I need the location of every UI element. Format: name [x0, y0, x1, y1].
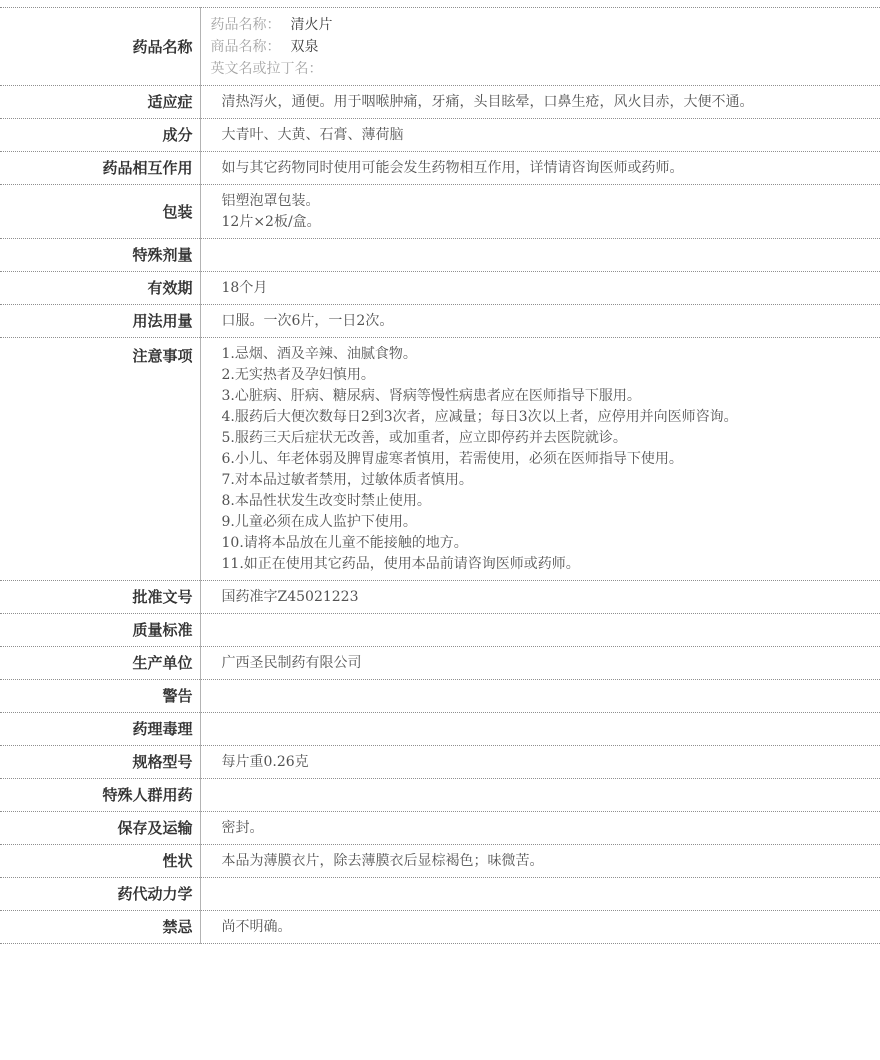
table-row-indications: 适应症 清热泻火，通便。用于咽喉肿痛，牙痛，头目眩晕，口鼻生疮，风火目赤，大便不…: [0, 86, 880, 119]
value-line: 8.本品性状发生改变时禁止使用。: [222, 491, 867, 512]
row-value: [200, 713, 880, 746]
table-row-precautions: 注意事项 1.忌烟、酒及辛辣、油腻食物。2.无实热者及孕妇慎用。3.心脏病、肝病…: [0, 338, 880, 581]
value-line: 2.无实热者及孕妇慎用。: [222, 365, 867, 386]
value-line: 4.服药后大便次数每日2到3次者，应减量；每日3次以上者，应停用并向医师咨询。: [222, 407, 867, 428]
value-line: 7.对本品过敏者禁用，过敏体质者慎用。: [222, 470, 867, 491]
row-label: 特殊人群用药: [0, 779, 200, 812]
value-text: 每片重0.26克: [222, 752, 867, 773]
field-value: 双泉: [291, 39, 319, 55]
table-row-special-dosage: 特殊剂量: [0, 239, 880, 272]
value-line: 10.请将本品放在儿童不能接触的地方。: [222, 533, 867, 554]
name-field-line: 药品名称：清火片: [211, 14, 867, 36]
value-text: 尚不明确。: [222, 917, 867, 938]
field-label: 英文名或拉丁名：: [211, 61, 323, 77]
value-line: 9.儿童必须在成人监护下使用。: [222, 512, 867, 533]
table-row-manufacturer: 生产单位 广西圣民制药有限公司: [0, 647, 880, 680]
value-text: 18个月: [222, 278, 867, 299]
row-label: 特殊剂量: [0, 239, 200, 272]
row-value: 尚不明确。: [200, 911, 880, 944]
value-text: 国药准字Z45021223: [222, 587, 867, 608]
table-row-specification: 规格型号 每片重0.26克: [0, 746, 880, 779]
row-label: 药代动力学: [0, 878, 200, 911]
value-line: 5.服药三天后症状无改善，或加重者，应立即停药并去医院就诊。: [222, 428, 867, 449]
row-value: [200, 614, 880, 647]
value-text: 广西圣民制药有限公司: [222, 653, 867, 674]
value-line: 铝塑泡罩包装。: [222, 191, 867, 212]
name-field-line: 商品名称：双泉: [211, 36, 867, 58]
row-label: 禁忌: [0, 911, 200, 944]
value-text: [222, 245, 867, 266]
row-label: 包装: [0, 185, 200, 239]
value-line: 6.小儿、年老体弱及脾胃虚寒者慎用，若需使用，必须在医师指导下使用。: [222, 449, 867, 470]
value-line: 3.心脏病、肝病、糖尿病、肾病等慢性病患者应在医师指导下服用。: [222, 386, 867, 407]
row-value: 1.忌烟、酒及辛辣、油腻食物。2.无实热者及孕妇慎用。3.心脏病、肝病、糖尿病、…: [200, 338, 880, 581]
value-line: 12片×2板/盒。: [222, 212, 867, 233]
table-row-storage: 保存及运输 密封。: [0, 812, 880, 845]
value-text: 密封。: [222, 818, 867, 839]
value-text: [222, 785, 867, 806]
row-value: 广西圣民制药有限公司: [200, 647, 880, 680]
table-row-drug-interactions: 药品相互作用 如与其它药物同时使用可能会发生药物相互作用，详情请咨询医师或药师。: [0, 152, 880, 185]
row-label: 成分: [0, 119, 200, 152]
table-row-ingredients: 成分 大青叶、大黄、石膏、薄荷脑: [0, 119, 880, 152]
field-label: 药品名称：: [211, 17, 281, 33]
field-value: 清火片: [291, 17, 333, 33]
drug-info-table: 药品名称 药品名称：清火片商品名称：双泉英文名或拉丁名： 适应症 清热泻火，通便…: [0, 7, 880, 944]
row-value: 密封。: [200, 812, 880, 845]
row-label: 药品相互作用: [0, 152, 200, 185]
row-value: [200, 680, 880, 713]
row-label: 生产单位: [0, 647, 200, 680]
value-text: [222, 719, 867, 740]
value-text: 本品为薄膜衣片，除去薄膜衣后显棕褐色；味微苦。: [222, 851, 867, 872]
value-text: 清热泻火，通便。用于咽喉肿痛，牙痛，头目眩晕，口鼻生疮，风火目赤，大便不通。: [222, 92, 867, 113]
table-row-properties: 性状 本品为薄膜衣片，除去薄膜衣后显棕褐色；味微苦。: [0, 845, 880, 878]
table-row-drug-name: 药品名称 药品名称：清火片商品名称：双泉英文名或拉丁名：: [0, 8, 880, 86]
value-text: 如与其它药物同时使用可能会发生药物相互作用，详情请咨询医师或药师。: [222, 158, 867, 179]
row-value: 每片重0.26克: [200, 746, 880, 779]
table-row-contraindications: 禁忌 尚不明确。: [0, 911, 880, 944]
row-value: [200, 878, 880, 911]
table-row-quality-standard: 质量标准: [0, 614, 880, 647]
value-text: 口服。一次6片，一日2次。: [222, 311, 867, 332]
row-value: [200, 779, 880, 812]
value-line: 11.如正在使用其它药品，使用本品前请咨询医师或药师。: [222, 554, 867, 575]
table-row-pharmacology-toxicology: 药理毒理: [0, 713, 880, 746]
drug-info-table-body: 药品名称 药品名称：清火片商品名称：双泉英文名或拉丁名： 适应症 清热泻火，通便…: [0, 8, 880, 944]
table-row-packaging: 包装 铝塑泡罩包装。12片×2板/盒。: [0, 185, 880, 239]
row-label: 药品名称: [0, 8, 200, 86]
row-label: 质量标准: [0, 614, 200, 647]
row-label: 注意事项: [0, 338, 200, 581]
row-label: 有效期: [0, 272, 200, 305]
table-row-pharmacokinetics: 药代动力学: [0, 878, 880, 911]
row-label: 规格型号: [0, 746, 200, 779]
row-label: 用法用量: [0, 305, 200, 338]
row-label: 适应症: [0, 86, 200, 119]
table-row-dosage: 用法用量 口服。一次6片，一日2次。: [0, 305, 880, 338]
row-value: [200, 239, 880, 272]
table-row-warning: 警告: [0, 680, 880, 713]
row-label: 性状: [0, 845, 200, 878]
table-row-shelf-life: 有效期 18个月: [0, 272, 880, 305]
row-value: 清热泻火，通便。用于咽喉肿痛，牙痛，头目眩晕，口鼻生疮，风火目赤，大便不通。: [200, 86, 880, 119]
row-value: 口服。一次6片，一日2次。: [200, 305, 880, 338]
row-label: 批准文号: [0, 581, 200, 614]
row-value: 如与其它药物同时使用可能会发生药物相互作用，详情请咨询医师或药师。: [200, 152, 880, 185]
field-label: 商品名称：: [211, 39, 281, 55]
row-label: 警告: [0, 680, 200, 713]
row-value: 本品为薄膜衣片，除去薄膜衣后显棕褐色；味微苦。: [200, 845, 880, 878]
row-value: 18个月: [200, 272, 880, 305]
value-text: [222, 686, 867, 707]
row-label: 保存及运输: [0, 812, 200, 845]
row-label: 药理毒理: [0, 713, 200, 746]
value-text: [222, 884, 867, 905]
value-text: 大青叶、大黄、石膏、薄荷脑: [222, 125, 867, 146]
value-text: [222, 620, 867, 641]
name-field-line: 英文名或拉丁名：: [211, 58, 867, 80]
row-value: 大青叶、大黄、石膏、薄荷脑: [200, 119, 880, 152]
row-value: 国药准字Z45021223: [200, 581, 880, 614]
row-value: 药品名称：清火片商品名称：双泉英文名或拉丁名：: [200, 8, 880, 86]
value-line: 1.忌烟、酒及辛辣、油腻食物。: [222, 344, 867, 365]
row-value: 铝塑泡罩包装。12片×2板/盒。: [200, 185, 880, 239]
table-row-approval-number: 批准文号 国药准字Z45021223: [0, 581, 880, 614]
table-row-special-populations: 特殊人群用药: [0, 779, 880, 812]
